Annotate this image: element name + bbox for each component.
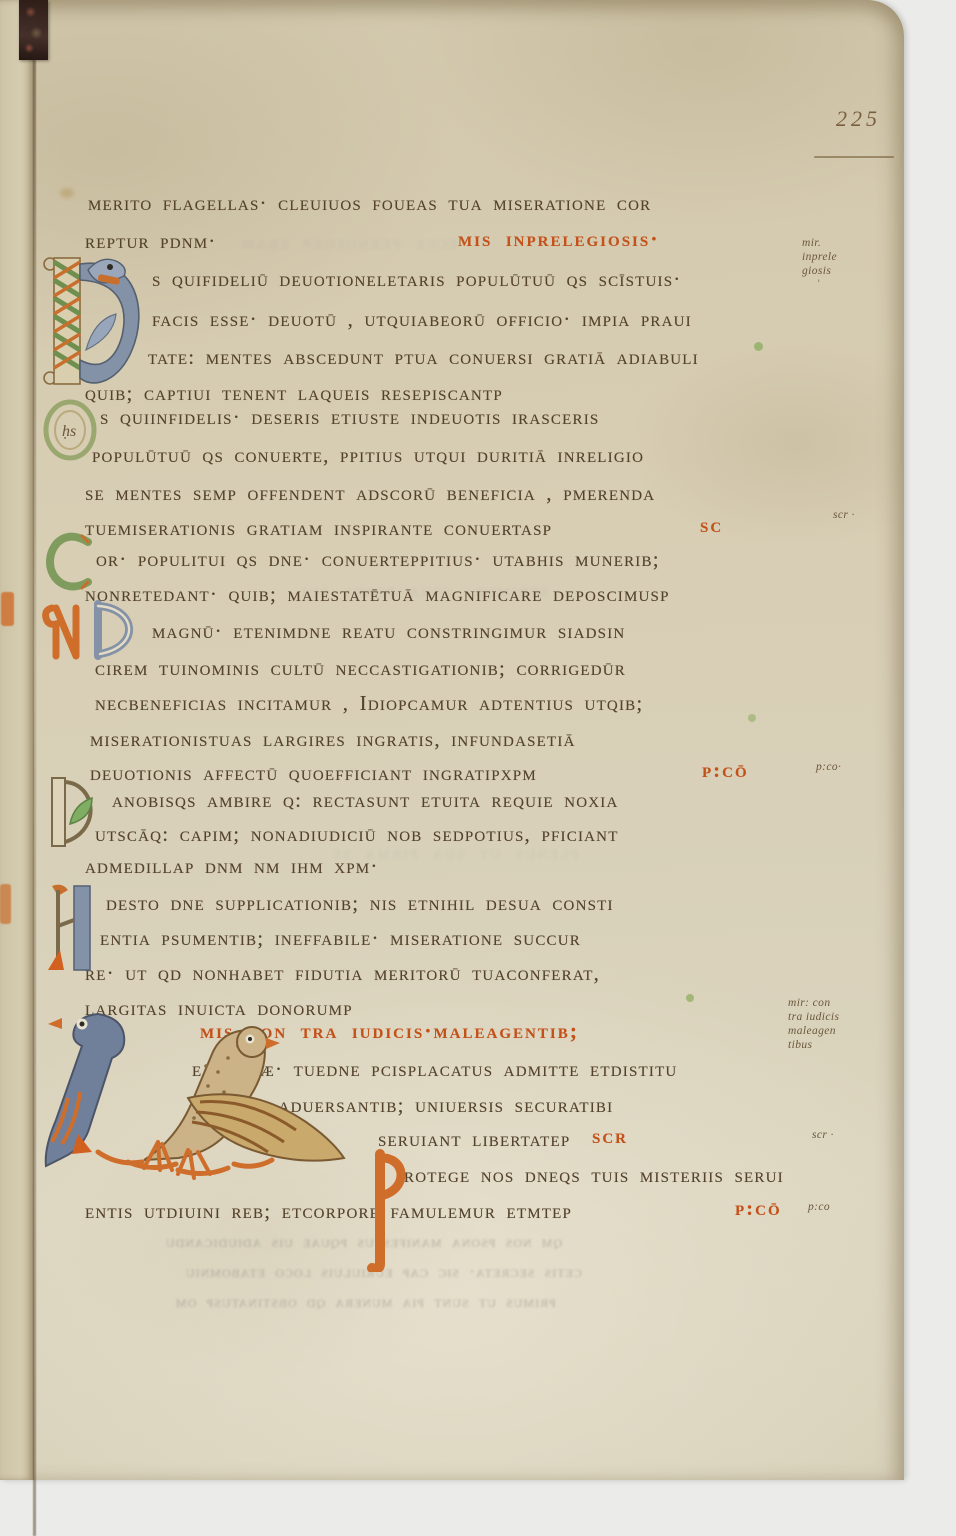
illuminated-initial-d-icon (40, 250, 152, 392)
gutter-fold (33, 60, 36, 1536)
rubric-mark: scr (592, 1124, 628, 1149)
show-through-line: primus ut sunt pia munera qd obstinatusp… (175, 1292, 556, 1312)
margin-note: p:co· (816, 760, 841, 774)
bird-initial-icon (38, 1002, 368, 1187)
show-through-line: ecce pernoegep ebam (240, 232, 457, 255)
text-line: magnū· etenimdne reatu constringimur sia… (152, 618, 625, 644)
text-line: populūtuū qs conuerte, ppitius utqui dur… (92, 442, 644, 468)
text-line: deuotionis affectū quoefficiant ingratip… (90, 760, 537, 786)
text-line: tuemiserationis gratiam inspirante conue… (85, 515, 552, 541)
rubric-mark: p:cō (735, 1196, 782, 1221)
text-line: facis esse· deuotū , utquiabeorū officio… (152, 306, 692, 332)
text-line: s quifideliū deuotioneletaris populūtuū … (152, 266, 681, 292)
text-line: nonretedant· quib; maiestatētuā magnific… (85, 581, 670, 607)
margin-note-line: p:co (808, 1200, 830, 1214)
margin-note: mir: con tra iudicis maleagen tibus (788, 996, 839, 1052)
manuscript-scan: 225 ecce pernoegep ebam serimur· quia po… (0, 0, 956, 1536)
green-speck (686, 994, 694, 1002)
text-line: rotege nos dneqs tuis misteriis serui (404, 1162, 784, 1188)
stain (60, 188, 74, 198)
initial-nd-monogram-icon (42, 598, 148, 662)
text-line: tate: mentes abscedunt ptua conuersi gra… (148, 344, 699, 370)
initial-p-icon (366, 1148, 410, 1272)
facing-page-sliver (0, 0, 34, 1480)
folio-number: 225 (836, 106, 881, 132)
text-line: s quiinfidelis· deseris etiuste indeuoti… (100, 404, 599, 430)
svg-text:ḥs: ḥs (62, 423, 76, 440)
text-line: cirem tuinominis cultū neccastigationib;… (95, 655, 626, 681)
margin-note: scr · (833, 508, 855, 522)
margin-note-line: mir: con (788, 996, 839, 1010)
initial-o-icon: ḥs (42, 398, 98, 462)
margin-note-line: inprele (802, 250, 837, 264)
margin-note-line: p:co· (816, 760, 841, 774)
margin-note-line: maleagen (788, 1024, 839, 1038)
text-line: re· ut qd nonhabet fidutia meritorū tuac… (85, 960, 600, 986)
text-line: anobisqs ambire q: rectasunt etuita requ… (112, 787, 619, 813)
green-speck (754, 342, 763, 351)
text-line: desto dne supplicationib; nis etnihil de… (106, 890, 614, 916)
text-line: entia psumentib; ineffabile· miseratione… (100, 925, 581, 951)
folio-underline (814, 156, 894, 158)
rubric-mark: p:cō (702, 758, 749, 783)
margin-note-line: ʾ (802, 278, 837, 292)
margin-note: mir. inprele giosis ʾ (802, 236, 837, 292)
initial-d-leaf-icon (44, 772, 108, 852)
margin-note-line: scr · (812, 1128, 834, 1142)
margin-note: scr · (812, 1128, 834, 1142)
margin-note-line: tibus (788, 1038, 839, 1052)
margin-note-line: mir. (802, 236, 837, 250)
edge-red-mark (1, 592, 14, 626)
text-line: or· populitui qs dne· conuerteppitius· u… (96, 546, 660, 572)
margin-note-line: tra iudicis (788, 1010, 839, 1024)
rubric-mark: sc (700, 513, 723, 538)
bookmark-ribbon (19, 0, 48, 60)
text-line: admedillap dnm nm ihm xpm· (85, 853, 379, 879)
initial-c-icon (46, 530, 92, 592)
edge-red-mark (0, 884, 11, 924)
green-speck (748, 714, 756, 722)
rubric-heading: mis inprelegiosis· (458, 226, 660, 252)
show-through-line: qm nos psona manifestus pquae uis adiudi… (165, 1232, 562, 1252)
margin-note-line: giosis (802, 264, 837, 278)
text-line: utscāq: capim; nonadiudiciū nob sedpotiu… (95, 821, 619, 847)
text-line: miserationistuas largires ingratis, infu… (90, 726, 576, 752)
initial-a-icon (44, 880, 104, 976)
text-line: merito flagellas· cleuiuos foueas tua mi… (88, 190, 651, 216)
margin-note-line: scr · (833, 508, 855, 522)
text-line: necbeneficias incitamur , Idiopcamur adt… (95, 690, 643, 716)
text-line: se mentes semp offendent adscorū benefic… (85, 480, 655, 506)
margin-note: p:co (808, 1200, 830, 1214)
text-line: entis utdiuini reb; etcorpore famulemur … (85, 1198, 572, 1224)
